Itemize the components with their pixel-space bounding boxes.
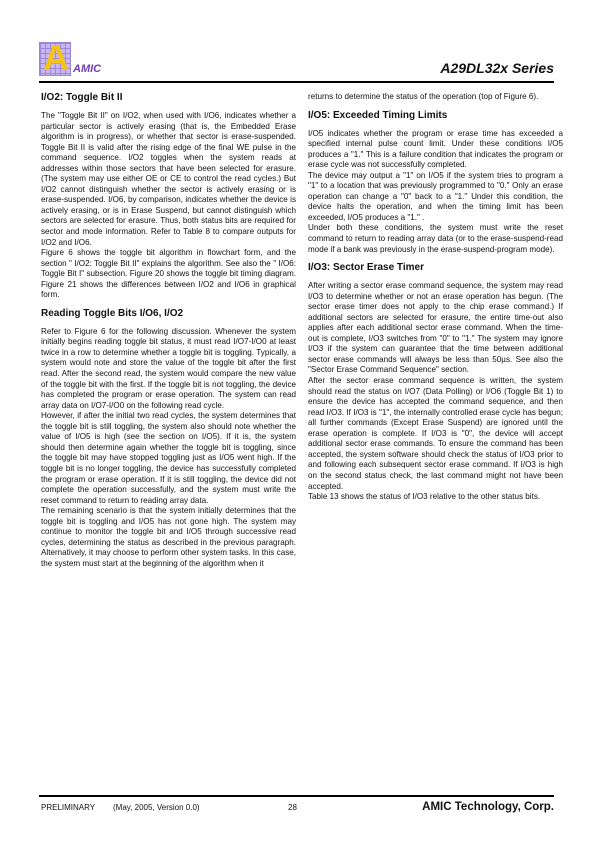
company-name: AMIC Technology, Corp. [422,801,554,813]
page-footer: PRELIMINARY (May, 2005, Version 0.0) 28 … [41,801,554,815]
section-heading-sector-erase-timer: I/O3: Sector Erase Timer [308,262,563,274]
date-version: (May, 2005, Version 0.0) [113,803,200,812]
section-heading-reading-toggle-bits: Reading Toggle Bits I/O6, I/O2 [41,308,296,320]
section-heading-exceeded-timing-limits: I/O5: Exceeded Timing Limits [308,110,563,122]
document-status: PRELIMINARY [41,803,95,812]
brand-name: AMIC [73,63,101,75]
footer-divider [39,795,554,797]
paragraph-continuation: returns to determine the status of the o… [308,92,563,103]
paragraph: I/O5 indicates whether the program or er… [308,129,563,171]
paragraph: Under both these conditions, the system … [308,223,563,255]
paragraph: Figure 6 shows the toggle bit algorithm … [41,248,296,301]
paragraph: Refer to Figure 6 for the following disc… [41,327,296,411]
paragraph: The device may output a "1" on I/O5 if t… [308,171,563,224]
amic-logo-icon: A [39,42,71,76]
paragraph: The remaining scenario is that the syste… [41,506,296,569]
paragraph: After writing a sector erase command seq… [308,281,563,376]
series-title: A29DL32x Series [440,60,554,76]
paragraph: After the sector erase command sequence … [308,376,563,492]
page-header: A AMIC A29DL32x Series [39,42,554,80]
page-number: 28 [288,803,297,812]
paragraph: Table 13 shows the status of I/O3 relati… [308,492,563,503]
header-divider [39,81,554,83]
paragraph: The "Toggle Bit II" on I/O2, when used w… [41,111,296,248]
left-column: I/O2: Toggle Bit II The "Toggle Bit II" … [41,92,296,569]
right-column: returns to determine the status of the o… [308,92,563,503]
paragraph: However, if after the initial two read c… [41,411,296,506]
section-heading-toggle-bit-ii: I/O2: Toggle Bit II [41,92,296,104]
